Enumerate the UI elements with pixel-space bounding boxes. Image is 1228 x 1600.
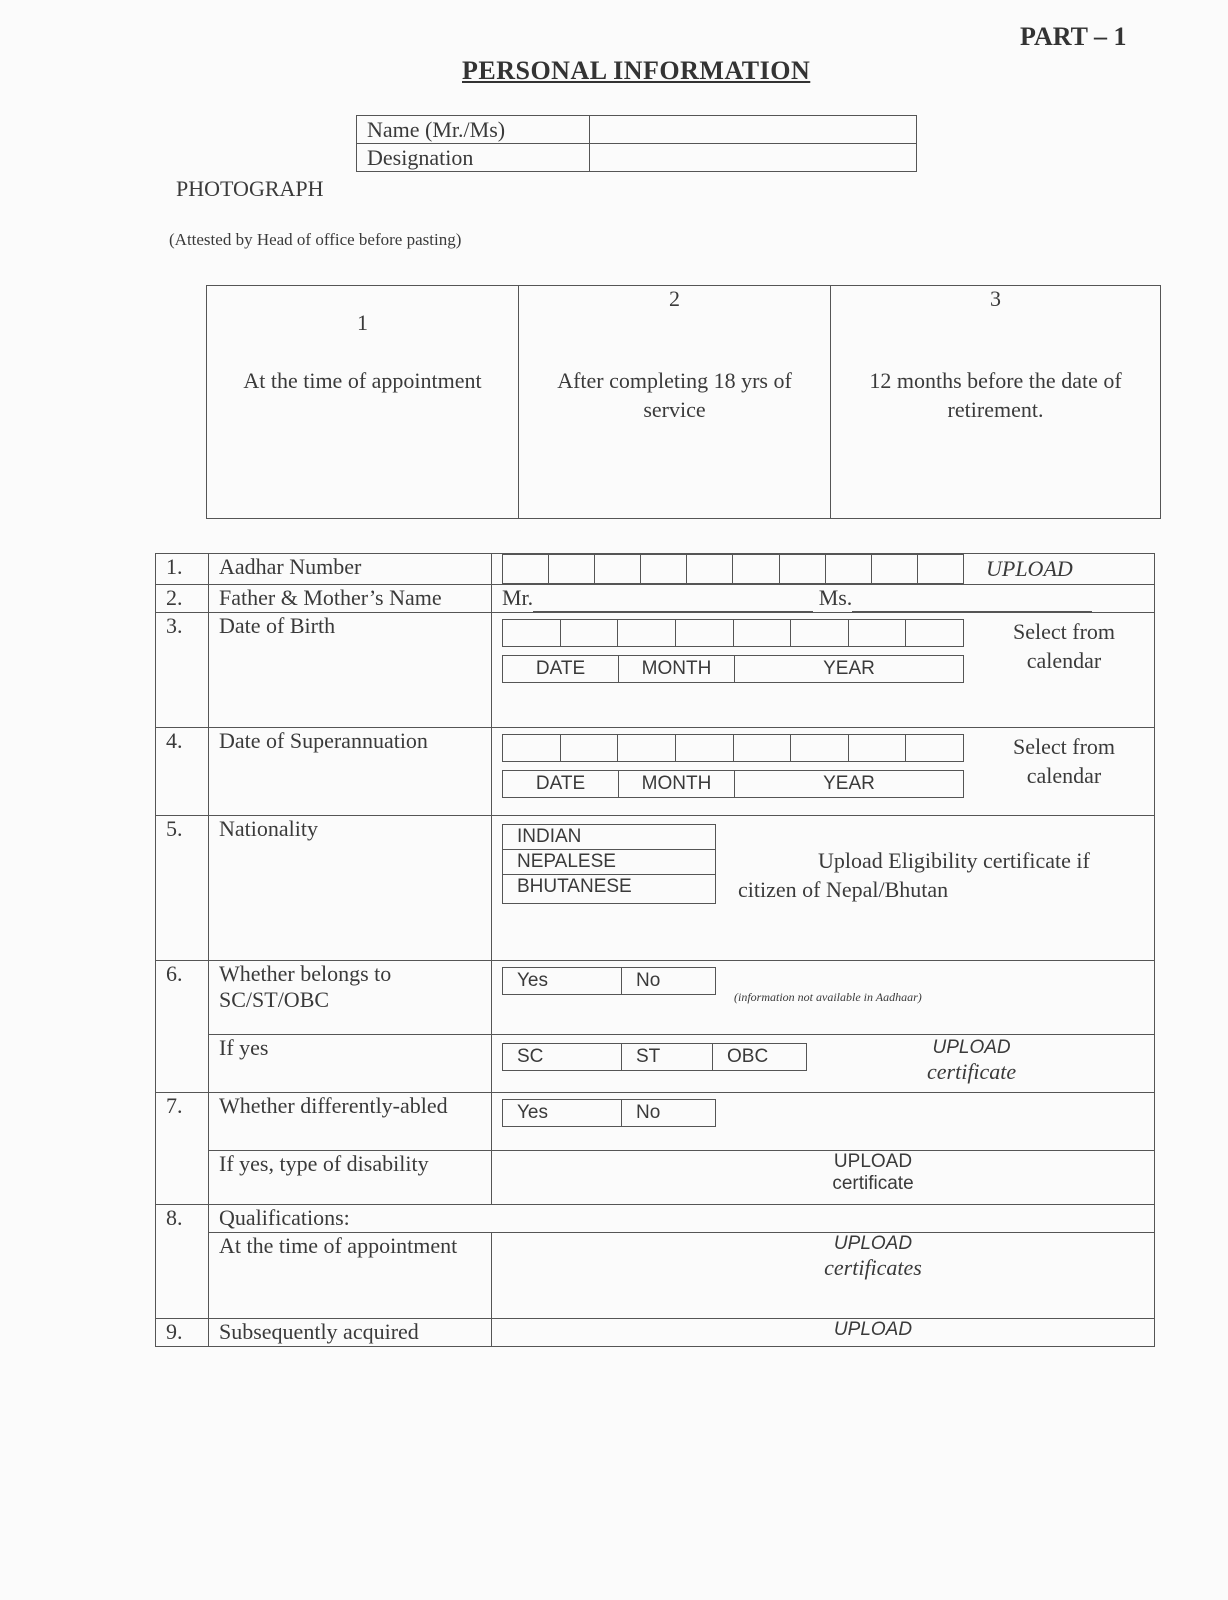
table-row: 3. Date of Birth DATE MONTH YEAR Select … — [156, 613, 1155, 728]
table-row: 6. Whether belongs to SC/ST/OBC YesNo (i… — [156, 961, 1155, 1035]
nationality-label: Nationality — [209, 816, 492, 961]
aadhaar-note: (information not available in Aadhaar) — [734, 990, 922, 1005]
row-number: 3. — [156, 613, 209, 728]
table-row: 9. Subsequently acquired UPLOAD — [156, 1319, 1155, 1347]
table-row: 5. Nationality INDIAN NEPALESE BHUTANESE… — [156, 816, 1155, 961]
nationality-option-indian[interactable]: INDIAN — [503, 825, 715, 850]
name-label: Name (Mr./Ms) — [357, 116, 590, 144]
dob-year-label: YEAR — [735, 656, 963, 682]
upload-sub-label: certificates — [602, 1255, 1144, 1281]
personal-info-table: 1. Aadhar Number UPLOAD 2. Father & Moth… — [155, 553, 1155, 1347]
qualifications-label: Qualifications: — [209, 1205, 1155, 1233]
photo-slot-1[interactable]: 1 At the time of appointment — [207, 286, 519, 518]
table-row: 2. Father & Mother’s Name Mr. Ms. — [156, 585, 1155, 613]
nationality-option-bhutanese[interactable]: BHUTANESE — [503, 875, 715, 899]
nationality-option-nepalese[interactable]: NEPALESE — [503, 850, 715, 875]
disabled-label: Whether differently-abled — [209, 1093, 492, 1151]
row-number-spacer — [156, 1233, 209, 1319]
row-number: 1. — [156, 554, 209, 585]
photo-slot-number: 1 — [207, 310, 518, 336]
table-row: 4. Date of Superannuation DATE MONTH YEA… — [156, 728, 1155, 816]
category-no-option[interactable]: No — [622, 968, 715, 994]
table-row: 7. Whether differently-abled YesNo — [156, 1093, 1155, 1151]
disabled-yes-option[interactable]: Yes — [503, 1100, 622, 1126]
sa-month-label: MONTH — [619, 771, 735, 797]
subsequent-qual-label: Subsequently acquired — [209, 1319, 492, 1347]
upload-label: UPLOAD — [927, 1037, 1016, 1059]
name-table: Name (Mr./Ms) Designation — [356, 115, 917, 172]
category-label: Whether belongs to SC/ST/OBC — [209, 961, 492, 1035]
photo-slot-caption: At the time of appointment — [217, 366, 508, 395]
sa-date-label: DATE — [503, 771, 619, 797]
photo-slot-number: 3 — [831, 286, 1160, 312]
qual-appointment-label: At the time of appointment — [209, 1233, 492, 1319]
upload-label: UPLOAD — [602, 1233, 1144, 1255]
designation-label: Designation — [357, 144, 590, 172]
category-st-option[interactable]: ST — [622, 1044, 713, 1070]
dob-input[interactable] — [502, 619, 964, 647]
row-number: 8. — [156, 1205, 209, 1233]
superannuation-input[interactable] — [502, 734, 964, 762]
mother-name-field[interactable] — [852, 585, 1092, 612]
photo-slot-caption: After completing 18 yrs of service — [529, 366, 820, 424]
mother-prefix: Ms. — [819, 585, 853, 610]
name-field[interactable] — [590, 116, 917, 144]
table-row: 8. Qualifications: — [156, 1205, 1155, 1233]
table-row: At the time of appointment UPLOAD certif… — [156, 1233, 1155, 1319]
photo-slot-caption: 12 months before the date of retirement. — [841, 366, 1150, 424]
father-name-field[interactable] — [533, 585, 813, 612]
father-prefix: Mr. — [502, 585, 533, 610]
attest-note: (Attested by Head of office before pasti… — [169, 230, 461, 250]
table-row: If yes SC ST OBC UPLOAD certificate — [156, 1035, 1155, 1093]
photograph-grid: 1 At the time of appointment 2 After com… — [206, 285, 1161, 519]
disability-type-label: If yes, type of disability — [209, 1151, 492, 1205]
disability-upload-button[interactable]: UPLOAD certificate — [492, 1151, 1155, 1205]
photo-slot-3[interactable]: 3 12 months before the date of retiremen… — [831, 286, 1160, 518]
upload-sub-label: certificate — [927, 1059, 1016, 1085]
part-label: PART – 1 — [1020, 22, 1126, 52]
dob-calendar-picker[interactable]: Select from calendar — [974, 613, 1155, 728]
row-number: 6. — [156, 961, 209, 1035]
aadhar-upload-button[interactable]: UPLOAD — [986, 556, 1073, 582]
superannuation-label: Date of Superannuation — [209, 728, 492, 816]
category-sc-option[interactable]: SC — [503, 1044, 622, 1070]
dob-date-label: DATE — [503, 656, 619, 682]
table-row: If yes, type of disability UPLOAD certif… — [156, 1151, 1155, 1205]
photo-slot-2[interactable]: 2 After completing 18 yrs of service — [519, 286, 831, 518]
dob-label: Date of Birth — [209, 613, 492, 728]
category-upload-button[interactable]: UPLOAD certificate — [927, 1037, 1016, 1085]
category-obc-option[interactable]: OBC — [713, 1044, 806, 1070]
upload-label: UPLOAD — [602, 1151, 1144, 1173]
row-number-spacer — [156, 1035, 209, 1093]
category-yes-option[interactable]: Yes — [503, 968, 622, 994]
parents-name-label: Father & Mother’s Name — [209, 585, 492, 613]
row-number: 5. — [156, 816, 209, 961]
row-number: 2. — [156, 585, 209, 613]
upload-sub-label: certificate — [602, 1173, 1144, 1195]
row-number-spacer — [156, 1151, 209, 1205]
if-yes-label: If yes — [209, 1035, 492, 1093]
aadhar-label: Aadhar Number — [209, 554, 492, 585]
page-title: PERSONAL INFORMATION — [462, 56, 810, 86]
photograph-label: PHOTOGRAPH — [176, 176, 324, 202]
designation-field[interactable] — [590, 144, 917, 172]
disabled-no-option[interactable]: No — [622, 1100, 715, 1126]
dob-month-label: MONTH — [619, 656, 735, 682]
row-number: 7. — [156, 1093, 209, 1151]
subsequent-upload-button[interactable]: UPLOAD — [492, 1319, 1155, 1347]
sa-year-label: YEAR — [735, 771, 963, 797]
aadhar-input[interactable] — [502, 554, 964, 584]
eligibility-upload-note[interactable]: Upload Eligibility certificate if citize… — [738, 846, 1128, 904]
row-number: 9. — [156, 1319, 209, 1347]
photo-slot-number: 2 — [519, 286, 830, 312]
qual-upload-button[interactable]: UPLOAD certificates — [492, 1233, 1155, 1319]
row-number: 4. — [156, 728, 209, 816]
table-row: 1. Aadhar Number UPLOAD — [156, 554, 1155, 585]
sa-calendar-picker[interactable]: Select from calendar — [974, 728, 1155, 816]
